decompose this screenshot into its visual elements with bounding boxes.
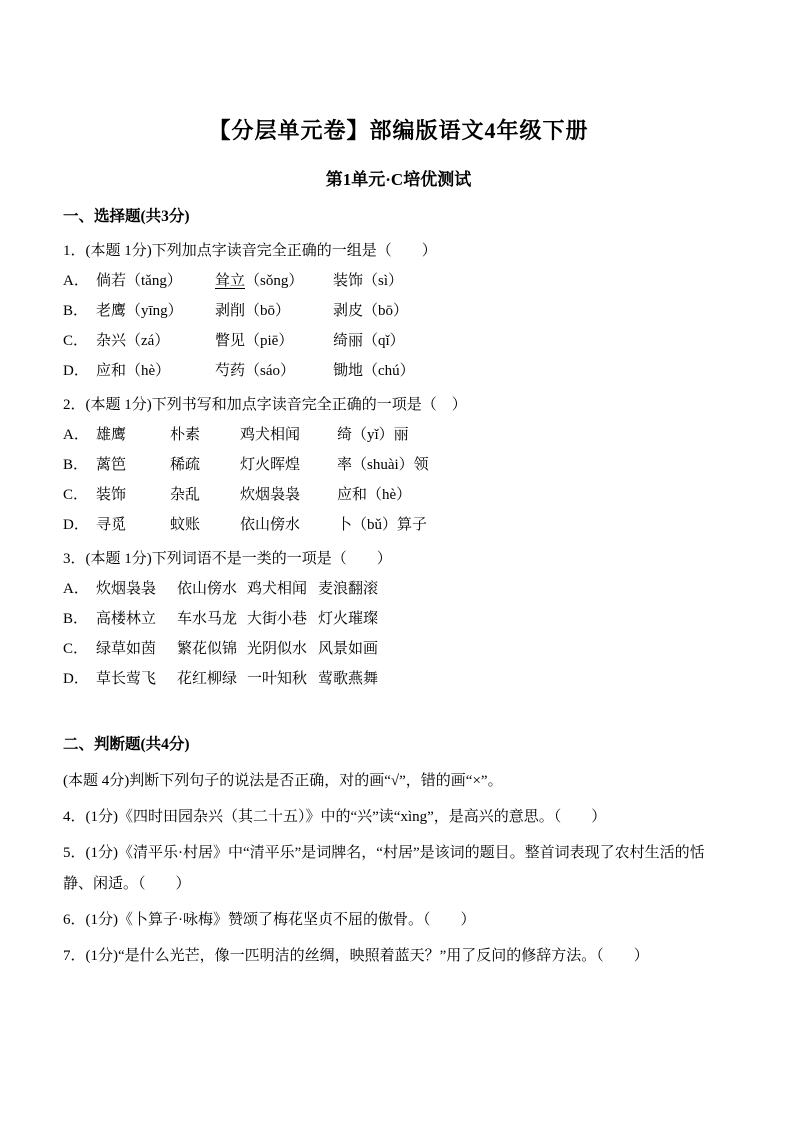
option-label: B．	[63, 296, 96, 326]
option-word: 光阴似水	[247, 634, 318, 664]
option-word: 灯火晖煌	[240, 450, 337, 480]
option-word: 风景如画	[318, 634, 378, 664]
option-word: 麦浪翻滚	[318, 574, 378, 604]
option-word: 大街小巷	[247, 604, 318, 634]
judgment-item-7: 7．(1分)“是什么光芒，像一匹明洁的丝绸，映照着蓝天？”用了反问的修辞方法。（…	[63, 941, 734, 972]
question-2-option-c: C．装饰杂乱炊烟袅袅应和（hè）	[63, 480, 734, 510]
section-choice-heading: 一、选择题(共3分)	[63, 206, 734, 228]
section-judgment-heading: 二、判断题(共4分)	[63, 734, 734, 756]
question-3-stem: 3．(本题 1分)下列词语不是一类的一项是（ ）	[63, 544, 734, 574]
option-word: 率（shuài）领	[337, 450, 429, 480]
question-3-option-c: C．绿草如茵繁花似锦光阴似水风景如画	[63, 634, 734, 664]
option-word: 朴素	[170, 420, 240, 450]
question-1-stem: 1．(本题 1分)下列加点字读音完全正确的一组是（ ）	[63, 236, 734, 266]
question-3-option-a: A．炊烟袅袅依山傍水鸡犬相闻麦浪翻滚	[63, 574, 734, 604]
option-word: 鸡犬相闻	[247, 574, 318, 604]
option-label: D．	[63, 664, 96, 694]
question-1-option-b: B．老鹰（yīng）剥削（bō）剥皮（bō）	[63, 296, 734, 326]
question-3: 3．(本题 1分)下列词语不是一类的一项是（ ） A．炊烟袅袅依山傍水鸡犬相闻麦…	[63, 544, 734, 694]
option-word: 一叶知秋	[247, 664, 318, 694]
option-word: 车水马龙	[177, 604, 247, 634]
option-word: 剥削（bō）	[215, 296, 333, 326]
section-choice: 一、选择题(共3分) 1．(本题 1分)下列加点字读音完全正确的一组是（ ） A…	[63, 206, 734, 694]
page-subtitle: 第1单元·C培优测试	[63, 168, 734, 192]
question-2: 2．(本题 1分)下列书写和加点字读音完全正确的一项是（ ） A．雄鹰朴素鸡犬相…	[63, 390, 734, 540]
judgment-item-4: 4．(1分)《四时田园杂兴（其二十五）》中的“兴”读“xìng”，是高兴的意思。…	[63, 802, 734, 833]
question-2-option-d: D．寻觅蚊账依山傍水卜（bǔ）算子	[63, 510, 734, 540]
question-2-option-b: B．蓠笆稀疏灯火晖煌率（shuài）领	[63, 450, 734, 480]
option-label: D．	[63, 356, 96, 386]
option-word: 瞥见（piē）	[215, 326, 333, 356]
option-word: 绿草如茵	[96, 634, 177, 664]
question-2-stem: 2．(本题 1分)下列书写和加点字读音完全正确的一项是（ ）	[63, 390, 734, 420]
option-word: 花红柳绿	[177, 664, 247, 694]
question-1-option-d: D．应和（hè）芍药（sáo）锄地（chú）	[63, 356, 734, 386]
option-word: 芍药（sáo）	[215, 356, 333, 386]
option-word: 应和（hè）	[337, 480, 411, 510]
option-word: 倘若（tǎng）	[96, 266, 215, 296]
option-word: 寻觅	[96, 510, 170, 540]
option-word: 锄地（chú）	[333, 356, 415, 386]
question-1-option-a: A．倘若（tǎng）耸立（sǒng）装饰（sì）	[63, 266, 734, 296]
option-word: 莺歌燕舞	[318, 664, 378, 694]
option-word: 耸立（sǒng）	[215, 266, 333, 296]
option-label: C．	[63, 634, 96, 664]
dotted-word: 耸立	[215, 273, 245, 289]
option-word: 繁花似锦	[177, 634, 247, 664]
judgment-item-5: 5．(1分)《清平乐·村居》中“清平乐”是词牌名，“村居”是该词的题目。整首词表…	[63, 838, 734, 900]
judgment-intro: (本题 4分)判断下列句子的说法是否正确，对的画“√”，错的画“×”。	[63, 766, 734, 797]
option-word: 杂乱	[170, 480, 240, 510]
option-word: 稀疏	[170, 450, 240, 480]
question-3-option-b: B．高楼林立车水马龙大街小巷灯火璀璨	[63, 604, 734, 634]
judgment-item-6: 6．(1分)《卜算子·咏梅》赞颂了梅花坚贞不屈的傲骨。（ ）	[63, 905, 734, 936]
pinyin: （sǒng）	[245, 273, 303, 289]
question-2-option-a: A．雄鹰朴素鸡犬相闻绮（yǐ）丽	[63, 420, 734, 450]
question-3-option-d: D．草长莺飞花红柳绿一叶知秋莺歌燕舞	[63, 664, 734, 694]
option-word: 蓠笆	[96, 450, 170, 480]
question-1: 1．(本题 1分)下列加点字读音完全正确的一组是（ ） A．倘若（tǎng）耸立…	[63, 236, 734, 386]
option-label: C．	[63, 326, 96, 356]
section-judgment: 二、判断题(共4分) (本题 4分)判断下列句子的说法是否正确，对的画“√”，错…	[63, 734, 734, 972]
option-word: 依山傍水	[240, 510, 337, 540]
test-paper-page: 【分层单元卷】部编版语文4年级下册 第1单元·C培优测试 一、选择题(共3分) …	[0, 0, 794, 1123]
option-word: 炊烟袅袅	[240, 480, 337, 510]
option-word: 鸡犬相闻	[240, 420, 337, 450]
option-word: 炊烟袅袅	[96, 574, 177, 604]
option-word: 灯火璀璨	[318, 604, 378, 634]
option-word: 蚊账	[170, 510, 240, 540]
page-title: 【分层单元卷】部编版语文4年级下册	[63, 116, 734, 146]
option-word: 杂兴（zá）	[96, 326, 215, 356]
question-1-option-c: C．杂兴（zá）瞥见（piē）绮丽（qǐ）	[63, 326, 734, 356]
option-label: A．	[63, 574, 96, 604]
option-label: D．	[63, 510, 96, 540]
option-word: 雄鹰	[96, 420, 170, 450]
option-label: A．	[63, 420, 96, 450]
option-word: 绮（yǐ）丽	[337, 420, 409, 450]
option-label: A．	[63, 266, 96, 296]
option-word: 高楼林立	[96, 604, 177, 634]
option-word: 草长莺飞	[96, 664, 177, 694]
option-label: B．	[63, 604, 96, 634]
option-label: C．	[63, 480, 96, 510]
option-word: 卜（bǔ）算子	[337, 510, 427, 540]
option-label: B．	[63, 450, 96, 480]
option-word: 剥皮（bō）	[333, 296, 408, 326]
option-word: 依山傍水	[177, 574, 247, 604]
option-word: 应和（hè）	[96, 356, 215, 386]
option-word: 装饰	[96, 480, 170, 510]
option-word: 绮丽（qǐ）	[333, 326, 405, 356]
option-word: 装饰（sì）	[333, 266, 403, 296]
option-word: 老鹰（yīng）	[96, 296, 215, 326]
